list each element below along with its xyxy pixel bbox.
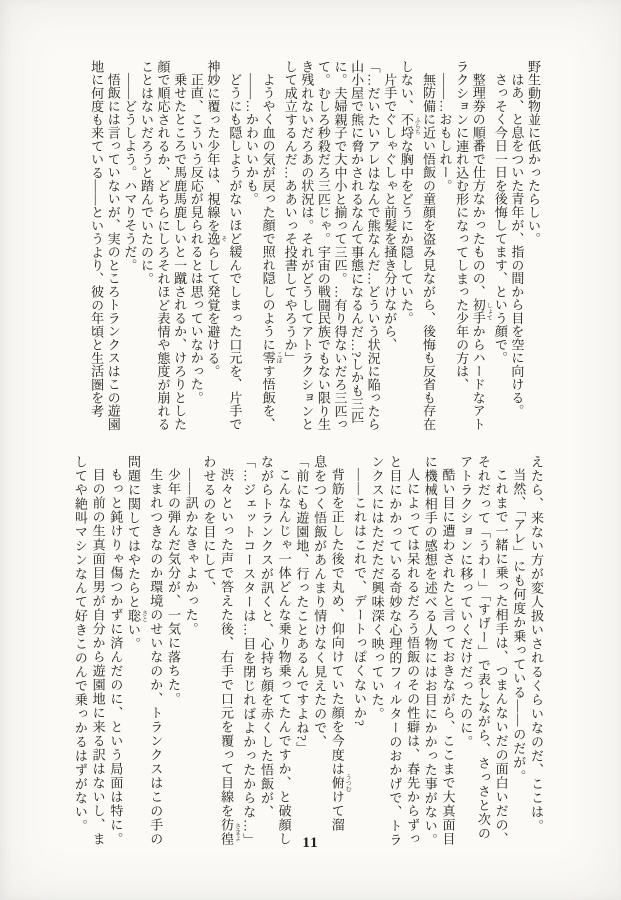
text-line: 息をつく悟飯があんまり情けなく見えたので、	[310, 455, 328, 849]
text-line: 整理券の順番で仕方なかったものの、初手しょてからハードなアト	[469, 60, 491, 432]
furigana: うつむ	[344, 774, 350, 792]
text-line: 渋々といった声で答えた後、右手で口元を覆って目線を彷徨さまよ	[217, 455, 239, 849]
text-line: ラクションに連れ込む形になってしまった少年の方は、	[453, 60, 470, 432]
text-line: ながらトランクスが訊くと、心持ち顔を赤くした悟飯が、	[257, 455, 275, 849]
text-line: 目の前の生真面目男が自分から遊園地に来る訳はないし、ま	[89, 455, 107, 849]
text-line: に機械相手の感想を述べる人物にはお目にかかった事がない。	[421, 455, 439, 849]
text-line: はあ、と息をついた青年が、指の間から目を空に向ける。	[508, 60, 525, 432]
text-line: て。むしろ秒殺だろ三匹じゃ。宇宙の戦闘民族でもない限り生	[314, 60, 331, 432]
text-line: 人によっては呆れるだろう悟飯のその性癖は、春先からずっ	[403, 455, 421, 849]
text-line: して成立するんだ…ああいっそ投書してやろうか」	[281, 60, 298, 432]
text-line: ——…おもしれー。	[436, 60, 453, 432]
text-line: 少年の弾んだ気分が、一気に落ちた。	[164, 455, 182, 849]
text-line: 背筋を正した後で丸め、仰向けていた顔を今度は俯うつむけて溜	[328, 455, 350, 849]
text-line: もっと鈍けりゃ傷つかずに済んだのに、という局面は特に。	[107, 455, 125, 849]
text-block-lower: えたら、来ない方が変人扱いされるくらいなのだ、ここは。当然、「アレ」にも何度か乗…	[71, 455, 545, 849]
text-line: ンクスにはただただ興味深く映っていた。	[368, 455, 386, 849]
ruby-base: 俯うつむ	[330, 776, 345, 790]
text-line: それだって「うわー」「すげー」で表しながら、さっさと次の	[474, 455, 492, 849]
text-line: 当然、「アレ」にも何度か乗っている——のだが。	[510, 455, 528, 849]
text-line: と目にかかっている奇妙な心理的フィルターのおかげで、トラ	[386, 455, 404, 849]
ruby-base: 零こぼ	[261, 351, 276, 364]
text-line: してや絶叫マシンなんて好きこのんで乗っかるはずがない。	[71, 455, 89, 849]
text-line: ——これはこれで、デートっぽくないか?	[350, 455, 368, 849]
ruby-base: 聡さと	[126, 609, 141, 623]
text-line: どうにも隠しようがないほど緩んでしまった口元を、片手で	[226, 60, 243, 432]
text-line: アトラクションに移っていくだけだったのに。	[456, 455, 474, 849]
text-line: しない、不埒ふらちな胸中をどうにか隠していた。	[397, 60, 419, 432]
text-line: 野生動物並に低かったらしい。	[524, 60, 541, 432]
ruby-base: 不埒ふらち	[399, 113, 414, 140]
text-line: ことはないだろうと踏んでいたのに。	[137, 60, 154, 432]
text-block-upper: 野生動物並に低かったらしい。はあ、と息をついた青年が、指の間から目を空に向ける。…	[88, 60, 541, 432]
text-line: 正直、こういう反応が見られるとは思っていなかった。	[187, 60, 204, 432]
furigana: さと	[141, 609, 147, 623]
furigana: こぼ	[275, 351, 281, 364]
text-line: 無防備に近い悟飯の童顔を盗み見ながら、後悔も反省も存在	[419, 60, 436, 432]
text-line: ——どうしよう。ハマりそうだ。	[121, 60, 138, 432]
text-line: き残れないだろあの状況は。それがどうしてアトラクションと	[298, 60, 315, 432]
page-number: 11	[0, 835, 621, 852]
ruby-base: 逸そ	[205, 232, 220, 245]
text-line: 問題に関してはやたらと聡さとい。	[124, 455, 146, 849]
ruby-base: 初手しょて	[471, 298, 486, 325]
text-line: 「前にも遊園地、行ったことあるんですよね?」	[293, 455, 311, 849]
text-line: 片手でぐしゃぐしゃと前髪を掻き分けながら、	[381, 60, 398, 432]
text-line: これまで一緒に乗った相手は、つまんないだの面白いだの、	[492, 455, 510, 849]
text-line: さっそく今日一日を後悔してます、という顔で。	[491, 60, 508, 432]
text-line: 生まれつきなのか環境のせいなのか、トランクスはこの手の	[147, 455, 165, 849]
text-line: えたら、来ない方が変人扱いされるくらいなのだ、ここは。	[527, 455, 545, 849]
text-line: 神妙に覆った少年は、視線を逸そらして発覚を避ける。	[204, 60, 226, 432]
text-line: 酷い目に遭わされたと言っておきながら、ここまで大真面目	[439, 455, 457, 849]
text-line: わせるのを目にして、	[200, 455, 218, 849]
text-line: 顔で順応されるか、どちらにしろそれほど表情や態度が崩れる	[154, 60, 171, 432]
text-line: こんなんじゃ一体どんな乗り物乗ってたんですか、と破顔し	[275, 455, 293, 849]
text-line: 乗せたところで馬鹿馬鹿しいと一蹴されるか、けろりとした	[171, 60, 188, 432]
furigana: そ	[220, 232, 226, 245]
text-line: ——訊かなきゃよかった。	[182, 455, 200, 849]
text-line: 「…ジェットコースターは…目を閉じればよかったからな…」	[240, 455, 258, 849]
text-line: に。夫婦親子で大中小と揃って三匹。…有り得ないだろ三匹っ	[331, 60, 348, 432]
text-line: ようやく血の気が戻った顔で照れ隠しのように零こぼす悟飯を、	[259, 60, 281, 432]
furigana: ふらち	[413, 113, 419, 140]
furigana: しょて	[485, 298, 491, 325]
text-line: 山小屋で熊に脅かされるなんて事態になるんだ…?しかも三匹	[347, 60, 364, 432]
text-line: 地に何度も来ている——というより、彼の年頃と生活圏を考	[88, 60, 105, 432]
book-page: 野生動物並に低かったらしい。はあ、と息をついた青年が、指の間から目を空に向ける。…	[0, 0, 621, 900]
text-line: ——…かわいいかも。	[242, 60, 259, 432]
text-line: 「…だいたいアレはなんで熊なんだ…どういう状況に陥ったら	[364, 60, 381, 432]
text-line: 悟飯には言っていないが、実のところトランクスはこの遊園	[104, 60, 121, 432]
